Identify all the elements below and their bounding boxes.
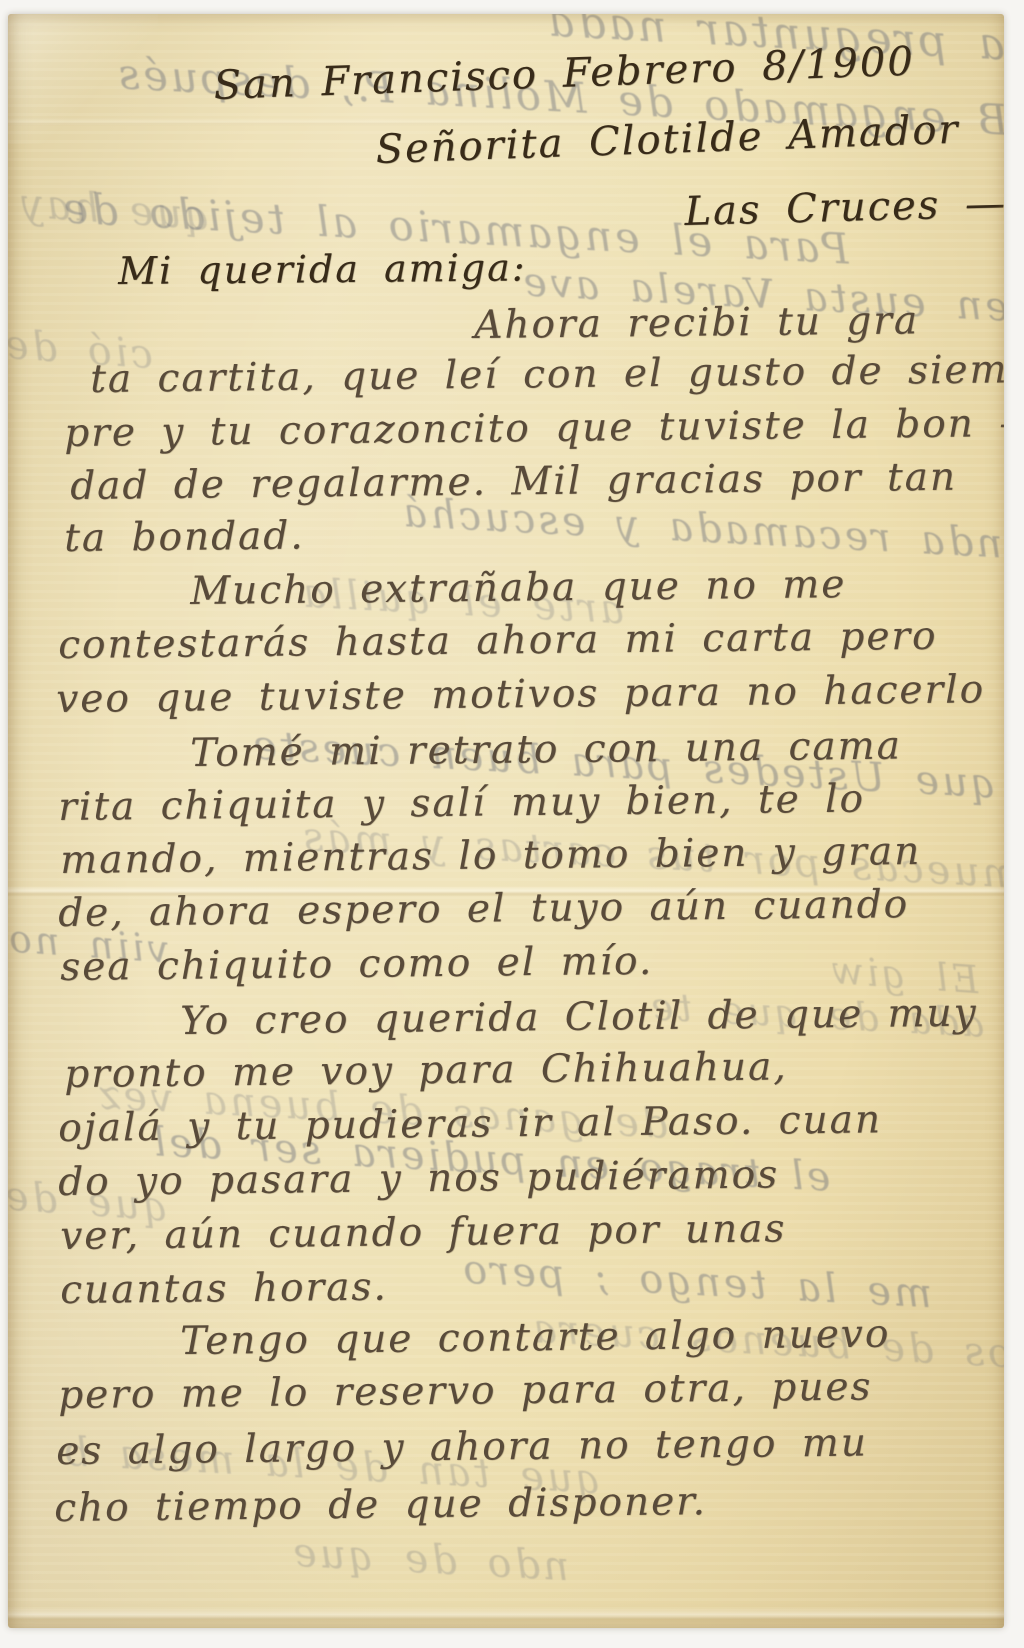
- body-line: dad de regalarme. Mil gracias por tan: [70, 458, 957, 506]
- body-line: Tengo que contarte algo nuevo: [180, 1315, 891, 1361]
- body-line: cuantas horas.: [60, 1268, 388, 1310]
- body-line: de, ahora espero el tuyo aún cuando: [58, 885, 909, 933]
- body-line: pero me lo reservo para otra, pues: [58, 1367, 873, 1415]
- letter-paper: No le vaya a preguntar nadaá B engamado …: [8, 14, 1004, 1628]
- place-line: Las Cruces —: [684, 184, 1004, 232]
- body-line: contestarás hasta ahora mi carta pero: [58, 617, 938, 665]
- body-line: mando, mientras lo tomo bien y gran: [60, 832, 921, 880]
- body-line: sea chiquito como el mío.: [60, 942, 653, 987]
- body-line: pre y tu corazoncito que tuviste la bon …: [64, 404, 1004, 453]
- scanned-letter-page: { "page": { "surface": "scanned handwrit…: [0, 0, 1024, 1648]
- body-line: Mucho extrañaba que no me: [190, 565, 847, 611]
- salutation-line: Mi querida amiga:: [118, 248, 527, 290]
- handwriting-layer: San Francisco Febrero 8/1900Señorita Clo…: [8, 14, 1004, 1628]
- body-line: ver, aún cuando fuera por unas: [60, 1209, 787, 1256]
- body-line: Yo creo querida Clotil de que muy: [180, 994, 978, 1041]
- body-line: rita chiquita y salí muy bien, te lo: [58, 780, 865, 827]
- body-line: pronto me voy para Chihuahua,: [64, 1047, 788, 1094]
- body-line: cho tiempo de que disponer.: [54, 1482, 707, 1528]
- body-line: Ahora recibi tu gra: [474, 301, 919, 345]
- body-line: do yo pasara y nos pudiéramos: [58, 1155, 779, 1202]
- body-line: veo que tuviste motivos para no hacerlo: [56, 670, 985, 719]
- body-line: ta cartita, que leí con el gusto de siem…: [90, 350, 1004, 399]
- addressee-line: Señorita Clotilde Amador: [375, 110, 960, 170]
- body-line: ta bondad.: [64, 516, 305, 558]
- body-line: Tomé mi retrato con una cama: [190, 727, 902, 773]
- dateline: San Francisco Febrero 8/1900: [213, 42, 915, 106]
- body-line: es algo largo y ahora no tengo mu: [56, 1424, 868, 1471]
- body-line: ojalá y tu pudieras ir al Paso. cuan: [58, 1100, 882, 1148]
